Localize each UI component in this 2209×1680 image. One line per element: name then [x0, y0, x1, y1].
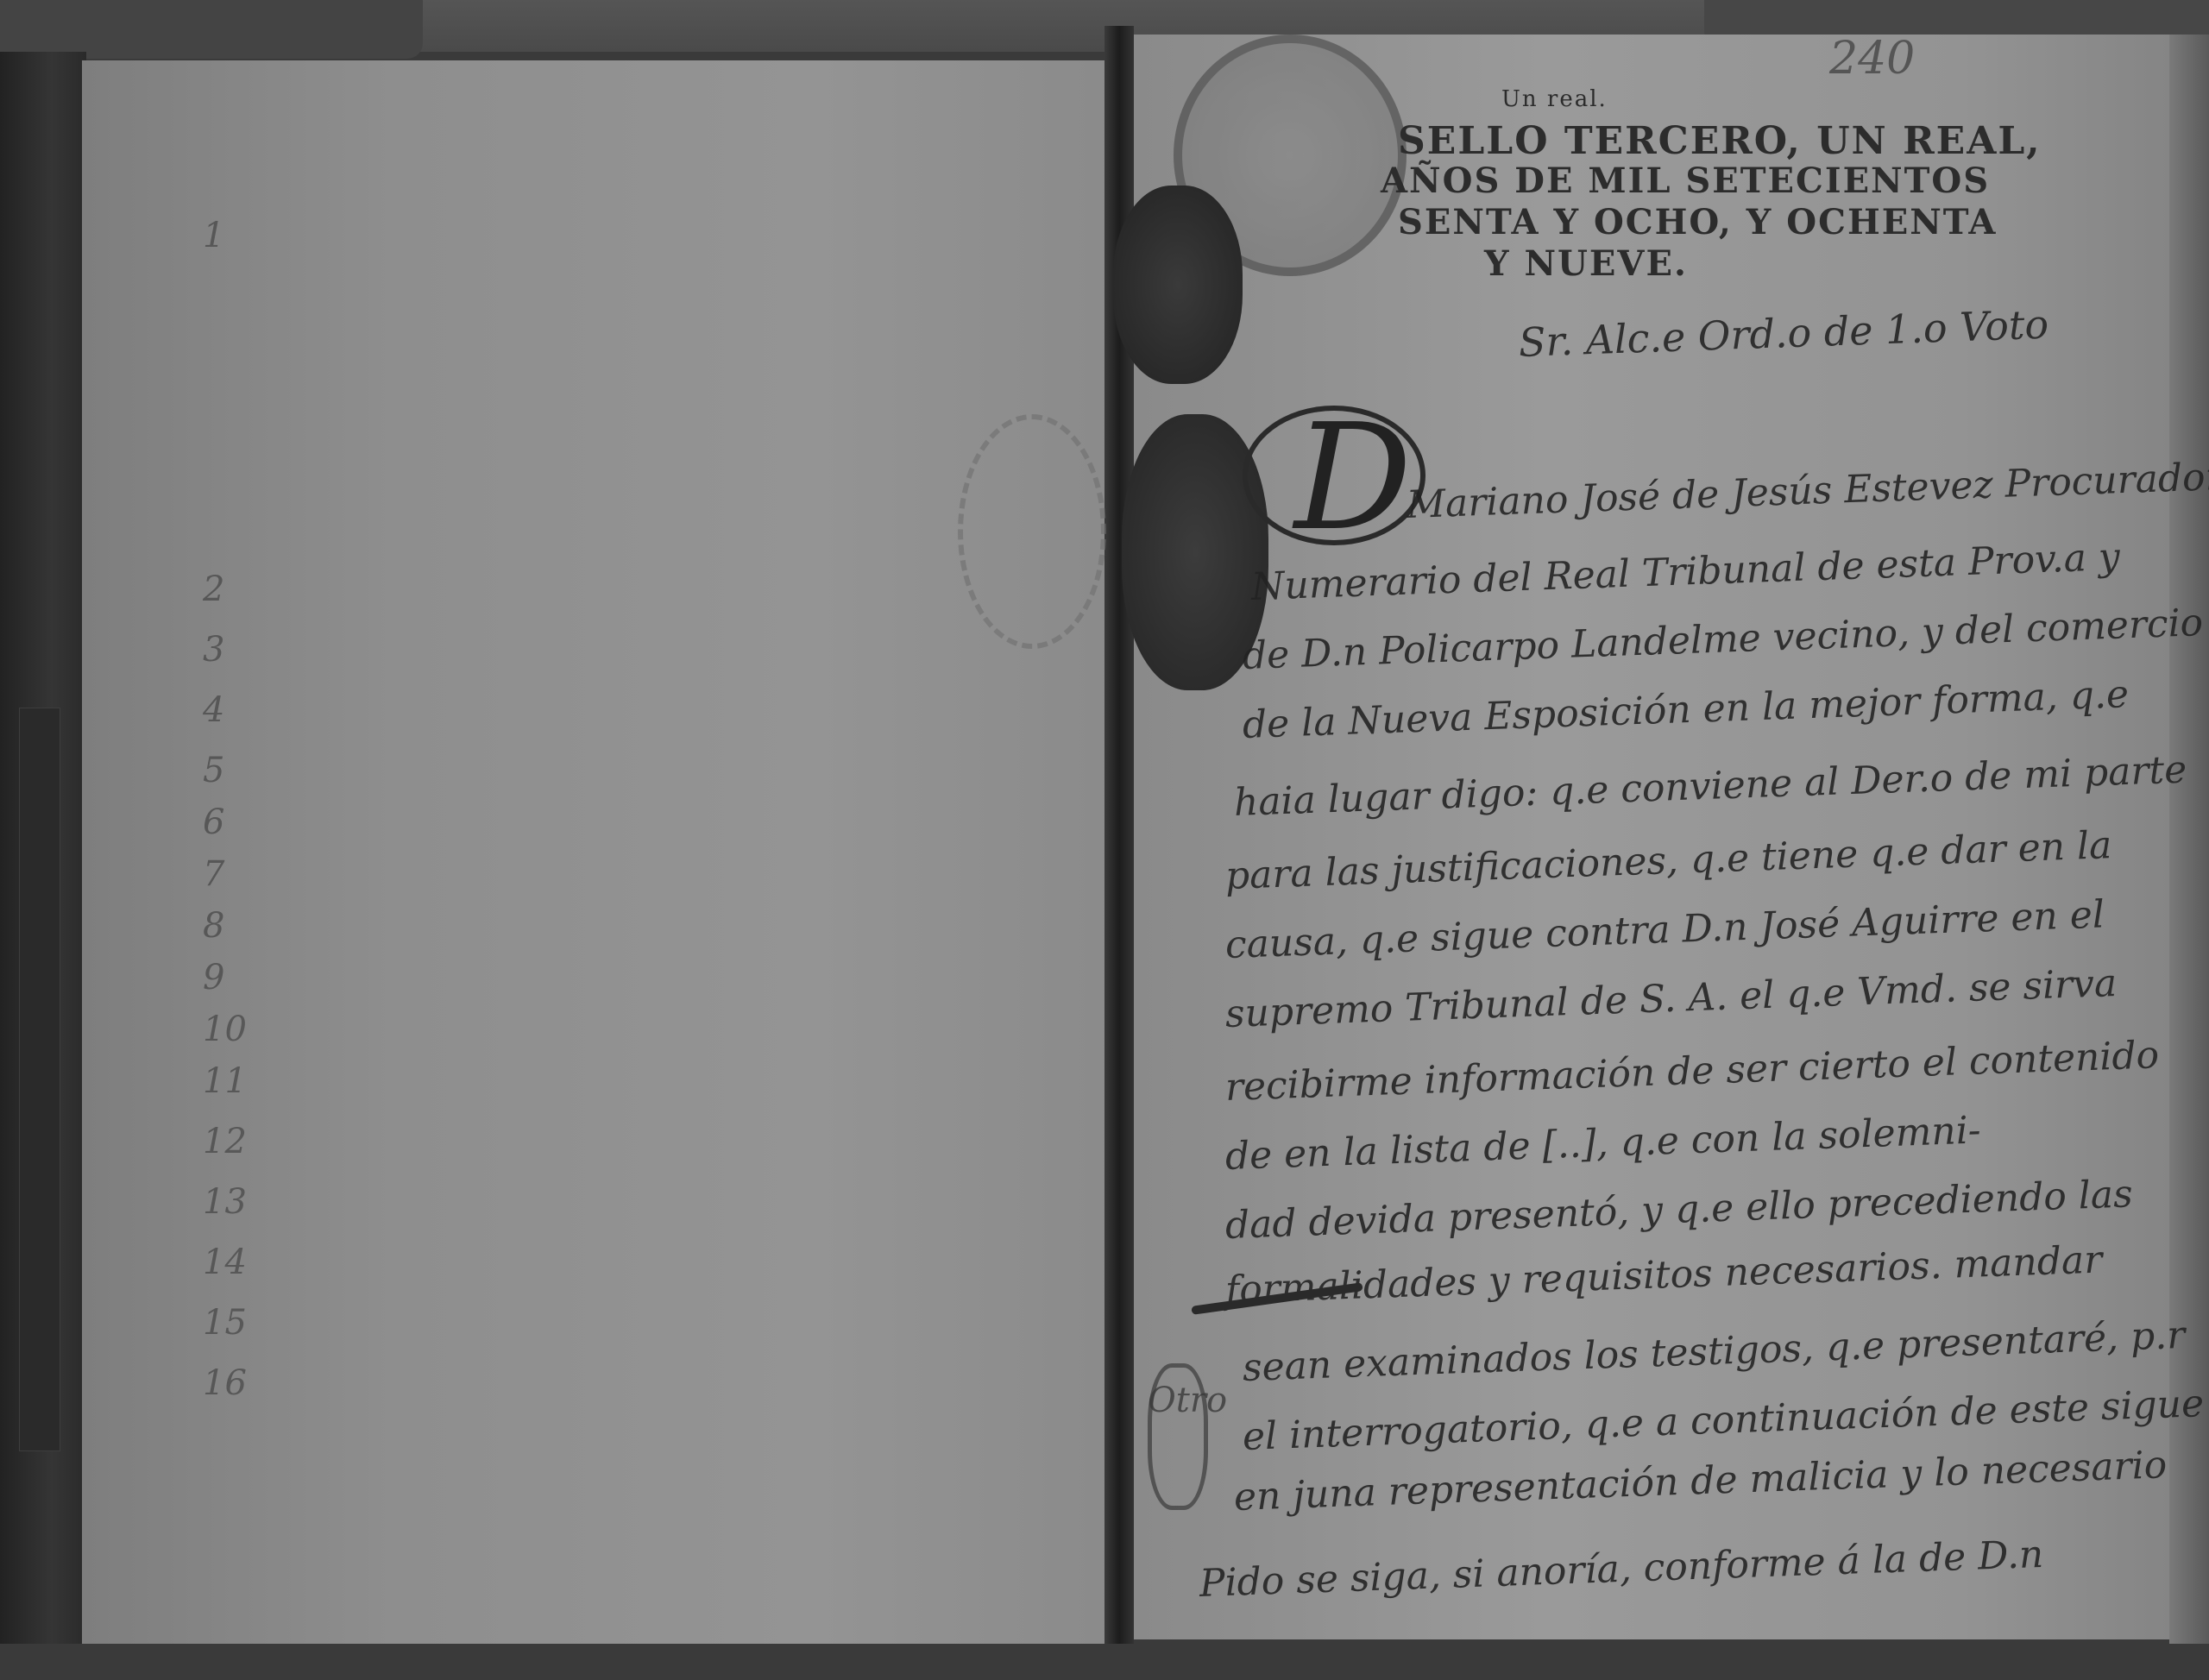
margin-mark: 1	[203, 216, 224, 255]
margin-mark: 5	[203, 751, 224, 790]
margin-mark: 11	[203, 1061, 247, 1101]
scanner-bottom-band	[0, 1644, 2209, 1680]
page-edge-right	[2169, 35, 2209, 1680]
page-clamp-left	[0, 0, 423, 59]
printed-header-line: Y NUEVE.	[1484, 243, 1688, 284]
margin-mark: 3	[203, 630, 224, 670]
margin-mark: 10	[203, 1010, 247, 1049]
margin-mark: 15	[203, 1303, 247, 1343]
margin-mark: 13	[203, 1182, 247, 1222]
initial-letter: D	[1294, 393, 1412, 563]
folio-number: 240	[1829, 33, 1915, 85]
margin-mark: 9	[203, 958, 224, 997]
margin-mark: 6	[203, 802, 224, 842]
scanned-image: 1 2 3 4 5 6 7 8 9 10 11 12 13 14 15 16 2…	[0, 0, 2209, 1680]
margin-mark: 8	[203, 906, 224, 946]
printed-header-line: SENTA Y OCHO, Y OCHENTA	[1398, 202, 1997, 242]
margin-mark: 7	[203, 854, 224, 894]
spine-label	[19, 708, 60, 1451]
margin-note: Otro	[1148, 1381, 1227, 1420]
printed-header-line: SELLO TERCERO, UN REAL,	[1398, 119, 2042, 163]
margin-mark: 12	[203, 1122, 247, 1161]
dark-seal-upper-icon	[1113, 186, 1243, 384]
bleed-through-seal	[958, 414, 1106, 649]
margin-mark: 14	[203, 1243, 247, 1282]
book-spine	[0, 52, 86, 1680]
margin-mark: 4	[203, 690, 224, 730]
stamp-value: Un real.	[1501, 86, 1608, 112]
margin-mark: 16	[203, 1363, 247, 1403]
left-page: 1 2 3 4 5 6 7 8 9 10 11 12 13 14 15 16	[82, 60, 1126, 1648]
printed-header-line: AÑOS DE MIL SETECIENTOS	[1381, 160, 1990, 201]
margin-mark: 2	[203, 569, 224, 609]
